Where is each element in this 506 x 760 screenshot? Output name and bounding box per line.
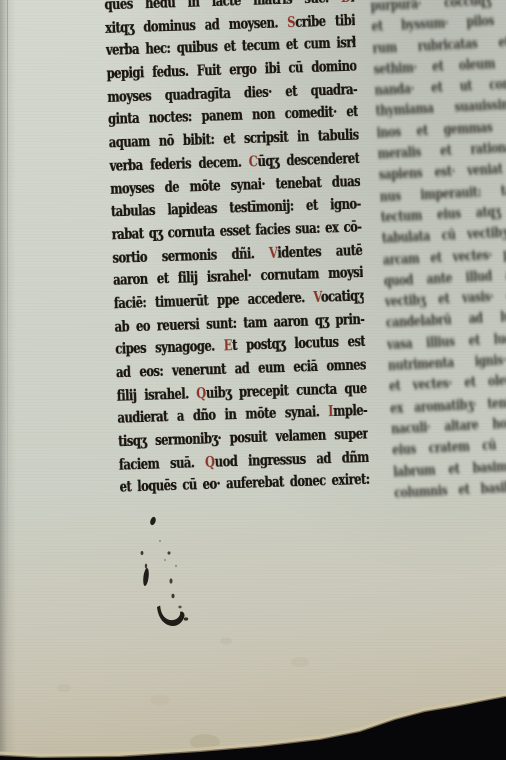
text-segment: verba federis decem. (109, 152, 249, 175)
text-segment: cribe tibi (295, 10, 355, 30)
page-fold-crease (7, 0, 8, 660)
text-segment: audierat a dño in mōte synai. (117, 402, 328, 427)
text-segment: t postqʒ locutus est (232, 332, 366, 354)
text-segment: ocatiqʒ (320, 286, 363, 306)
text-segment: uibʒ precepit cuncta que (205, 378, 366, 401)
text-segment: sortio sermonis dñi. (112, 243, 269, 266)
left-text-column: ques hedū in lacte matris sue. Dixitqʒ d… (104, 0, 370, 500)
right-text-column: purpurā· coccūqʒ bis tinctū etet byssum·… (370, 0, 506, 504)
text-segment: faciem suā. (118, 452, 205, 473)
text-segment: faciē: timuerūt ppe accedere. (113, 288, 313, 312)
text-segment: filij israhel. (116, 383, 196, 404)
text-segment: cipes synagoge. (115, 337, 224, 359)
photograph-of-manuscript-page: { "colors": { "background": "#08080a", "… (0, 0, 506, 760)
text-segment: ūqʒ descenderet (257, 148, 360, 169)
text-segment: identes autē (277, 240, 363, 261)
text-segment: xitqʒ dominus ad moysen. (105, 13, 288, 37)
rubricated-initial: Q (205, 452, 215, 470)
rubricated-initial: D (341, 0, 351, 6)
text-segment: mple- (333, 401, 368, 420)
text-segment: uod ingressus ad dñm (214, 447, 369, 470)
text-segment: i (350, 0, 354, 6)
